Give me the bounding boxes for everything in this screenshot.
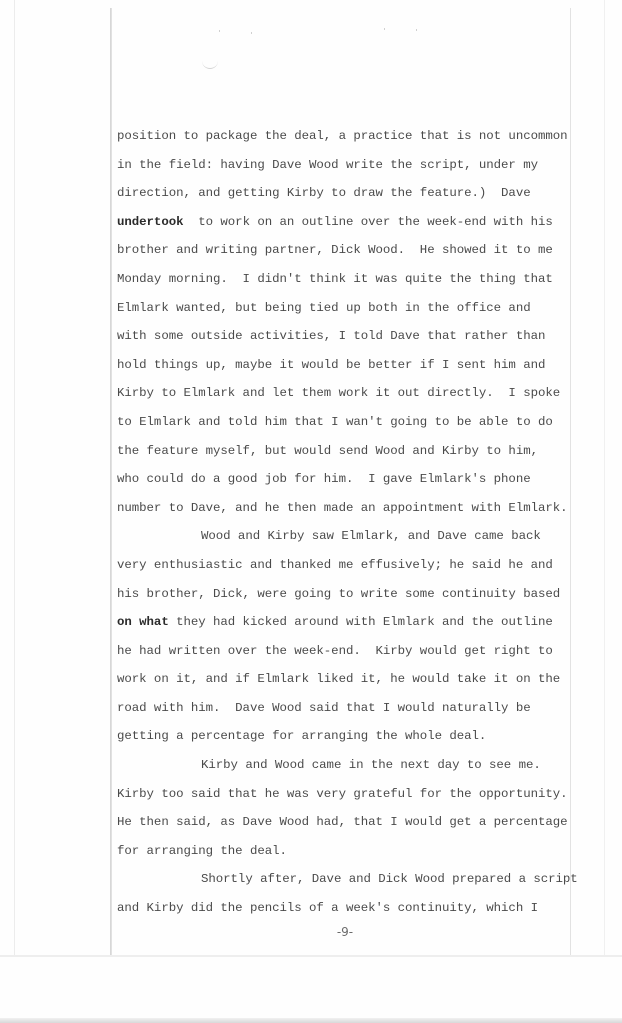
line-text: his brother, Dick, were going to write s… (117, 587, 560, 601)
text-line: brother and writing partner, Dick Wood. … (117, 236, 577, 265)
line-text: to Elmlark and told him that I wan't goi… (117, 415, 553, 429)
line-text: number to Dave, and he then made an appo… (117, 501, 568, 515)
paragraph-first-line: Kirby and Wood came in the next day to s… (117, 751, 577, 780)
text-line: direction, and getting Kirby to draw the… (117, 179, 577, 208)
line-text: He then said, as Dave Wood had, that I w… (117, 815, 568, 829)
text-line: number to Dave, and he then made an appo… (117, 494, 577, 523)
text-line: the feature myself, but would send Wood … (117, 437, 577, 466)
line-text: the feature myself, but would send Wood … (117, 444, 538, 458)
emphasized-text: on what (117, 615, 169, 629)
text-line: very enthusiastic and thanked me effusiv… (117, 551, 577, 580)
text-line: work on it, and if Elmlark liked it, he … (117, 665, 577, 694)
page-edge-bottom (0, 955, 622, 957)
line-text: in the field: having Dave Wood write the… (117, 158, 538, 172)
paper-speck (251, 32, 252, 34)
line-text: Kirby to Elmlark and let them work it ou… (117, 386, 560, 400)
line-text: and Kirby did the pencils of a week's co… (117, 901, 538, 915)
line-text: Wood and Kirby saw Elmlark, and Dave cam… (201, 529, 541, 543)
line-text: for arranging the deal. (117, 844, 287, 858)
text-line: getting a percentage for arranging the w… (117, 722, 577, 751)
paper-speck (219, 30, 220, 32)
text-line: hold things up, maybe it would be better… (117, 351, 577, 380)
typewritten-body: position to package the deal, a practice… (117, 122, 577, 923)
line-text: road with him. Dave Wood said that I wou… (117, 701, 531, 715)
text-line: Elmlark wanted, but being tied up both i… (117, 294, 577, 323)
line-text: Shortly after, Dave and Dick Wood prepar… (201, 872, 578, 886)
line-text: to work on an outline over the week-end … (183, 215, 552, 229)
text-line: he had written over the week-end. Kirby … (117, 637, 577, 666)
text-line: road with him. Dave Wood said that I wou… (117, 694, 577, 723)
paragraph-first-line: Wood and Kirby saw Elmlark, and Dave cam… (117, 522, 577, 551)
text-line: on what they had kicked around with Elml… (117, 608, 577, 637)
text-line: He then said, as Dave Wood had, that I w… (117, 808, 577, 837)
paper-speck (384, 28, 385, 30)
outer-page-edge-left (14, 0, 15, 955)
scan-bottom-shadow (0, 1018, 622, 1023)
text-line: in the field: having Dave Wood write the… (117, 151, 577, 180)
line-text: who could do a good job for him. I gave … (117, 472, 531, 486)
text-line: who could do a good job for him. I gave … (117, 465, 577, 494)
line-text: work on it, and if Elmlark liked it, he … (117, 672, 560, 686)
text-line: position to package the deal, a practice… (117, 122, 577, 151)
text-line: his brother, Dick, were going to write s… (117, 580, 577, 609)
text-line: for arranging the deal. (117, 837, 577, 866)
line-text: very enthusiastic and thanked me effusiv… (117, 558, 553, 572)
emphasized-text: undertook (117, 215, 183, 229)
text-line: undertook to work on an outline over the… (117, 208, 577, 237)
text-line: Monday morning. I didn't think it was qu… (117, 265, 577, 294)
line-text: they had kicked around with Elmlark and … (169, 615, 553, 629)
text-line: with some outside activities, I told Dav… (117, 322, 577, 351)
page-number: -9- (0, 925, 622, 939)
page-edge-left (110, 8, 112, 956)
text-line: and Kirby did the pencils of a week's co… (117, 894, 577, 923)
line-text: hold things up, maybe it would be better… (117, 358, 545, 372)
paragraph-first-line: Shortly after, Dave and Dick Wood prepar… (117, 865, 577, 894)
line-text: brother and writing partner, Dick Wood. … (117, 243, 553, 257)
text-line: Kirby to Elmlark and let them work it ou… (117, 379, 577, 408)
text-line: Kirby too said that he was very grateful… (117, 780, 577, 809)
line-text: getting a percentage for arranging the w… (117, 729, 486, 743)
line-text: direction, and getting Kirby to draw the… (117, 186, 531, 200)
text-line: to Elmlark and told him that I wan't goi… (117, 408, 577, 437)
line-text: Kirby too said that he was very grateful… (117, 787, 568, 801)
outer-page-edge-right (604, 0, 605, 955)
line-text: position to package the deal, a practice… (117, 129, 568, 143)
line-text: Kirby and Wood came in the next day to s… (201, 758, 541, 772)
line-text: Elmlark wanted, but being tied up both i… (117, 301, 531, 315)
line-text: with some outside activities, I told Dav… (117, 329, 545, 343)
paper-speck (416, 29, 417, 31)
line-text: he had written over the week-end. Kirby … (117, 644, 553, 658)
line-text: Monday morning. I didn't think it was qu… (117, 272, 553, 286)
